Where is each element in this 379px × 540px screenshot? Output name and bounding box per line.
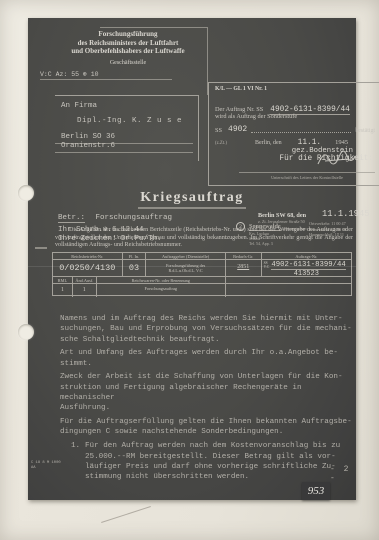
document-photo: Forschungsführung des Reichsministers de… [28,18,356,500]
td-bedarf: 2851 [226,260,262,276]
body-paragraph-1: Namens und im Auftrag des Reichs werden … [60,314,354,345]
caption-rule [239,172,375,173]
td-reichsbetrieb: 0/0250/4130 [53,260,123,276]
list-item-number: 1. [71,441,85,482]
body-paragraph-2: Art und Umfang des Auftrages werden durc… [60,348,354,369]
td-auftraggeber-line2: R.d.L.u.Ob.d.L. V:C [146,268,224,273]
approval-place-label: Berlin, den [255,140,282,146]
album-page: Forschungsführung des Reichsministers de… [0,0,379,540]
print-code: C 18 8 M 1000 AA [31,461,61,470]
th-auftrag-nr: Auftrags-Nr. [262,253,351,259]
table-value-row2: 1 1 Forschungsauftrag [53,284,351,297]
body-paragraph-3: Zweck der Arbeit ist die Schaffung von U… [60,372,354,413]
table-header-row2: RML Änd.Ausf. Reichswaren-Nr. oder Benen… [53,277,351,284]
document-title: Kriegsauftrag [28,190,356,206]
body-paragraph-4: Für die Auftragserfüllung gelten die Ihn… [60,417,354,438]
order-table: Reichsbetriebs-Nr. Fl. In. Auftraggeber … [52,252,352,296]
th-benennung: Reichswaren-Nr. oder Benennung [97,277,226,283]
address-line3: Berlin SO 36 [61,133,115,141]
betr-label: Betr.: [58,214,85,223]
td-auftraggeber: Forschungsführung des R.d.L.u.Ob.d.L. V:… [146,260,225,276]
th-aend: Änd.Ausf. [73,277,97,283]
approval-grade-value: 4902 [228,125,247,134]
fold-crease [28,266,356,267]
body-list-item-1: 1. Für den Auftrag werden nach dem Koste… [60,441,354,482]
dateline-place: Berlin SW 68, den [258,212,306,219]
punch-hole-bottom [18,324,34,340]
approval-line2: wird als Auftrag der Sonderstufe [215,113,297,120]
td-rml: 1 [53,284,73,297]
photo-number: 953 [308,485,325,497]
margin-dash [35,247,47,249]
td-auftrag-nr: SS V:C 4902-6131-8399/44 413523 [262,260,351,276]
th-rml: RML [53,277,73,283]
th-fl-in: Fl. In. [123,253,147,259]
table-header-row1: Reichsbetriebs-Nr. Fl. In. Auftraggeber … [53,253,351,260]
title-underline [138,207,246,209]
notice-paragraph: Die Angaben der nachstehenden Berichtsze… [55,227,353,250]
betr-line: Betr.: Forschungsauftrag [58,214,172,222]
approval-date-day: 11.1. [298,139,321,147]
th-auftraggeber: Auftraggeber (Dienststelle) [146,253,225,259]
approval-dotted-leader [251,127,351,133]
approval-box: K/L — GL 1 VI Nr. 1 Der Auftrag Nr. SS 4… [208,82,379,186]
td-auftrag-value2: 413523 [264,270,349,276]
table-value-row1: 0/0250/4130 03 Forschungsführung des R.d… [53,260,351,277]
form-rule-top [100,27,207,28]
address-underline2 [55,152,193,153]
td-fl-in: 03 [123,260,147,276]
dateline-date: 11.1.1945 [322,209,370,219]
approval-grade-suffix: bestätigt [355,128,375,134]
th-blank [226,277,351,283]
approval-caption: Unterschrift des Leiters der Kontrollste… [239,175,375,180]
letterhead-line2: des Reichsministers der Luftfahrt [62,39,194,48]
td-aend: 1 [73,284,97,297]
td-blank [226,284,351,297]
approval-zz: (z.Zt.) [215,141,227,146]
list-item-text: Für den Auftrag werden nach dem Kostenvo… [85,441,340,482]
betr-value: Forschungsauftrag [96,214,173,222]
td-benennung: Forschungsauftrag [97,284,226,297]
signature [315,149,357,169]
address-line4: Oranienstr.6 [61,142,115,150]
pencil-mark [101,506,151,523]
page-number: - 2 - [330,465,356,483]
letterhead-line1: Forschungsführung [62,30,194,39]
punch-hole-top [18,185,34,201]
address-box: An Firma Dipl.-Ing. K. Z u s e Berlin SO… [55,95,199,161]
address-line1: An Firma [61,102,97,110]
approval-ref: K/L — GL 1 VI Nr. 1 [215,86,267,92]
az-line: V:C Az: 55 ⊕ 10 [40,70,99,78]
address-line2: Dipl.-Ing. K. Z u s e [77,117,182,125]
photo-number-tag: 953 [302,482,330,500]
approval-grade-line: SS 4902 bestätigt [215,125,375,134]
letterhead: Forschungsführung des Reichsministers de… [62,30,194,67]
approval-grade-label: SS [215,127,222,134]
letterhead-line4: Geschäftsstelle [62,59,194,68]
approval-date-year: 1945 [335,139,348,146]
approval-date-line: (z.Zt.) Berlin, den 11.1. 1945 [215,139,377,147]
az-underline [40,79,172,80]
phone-line1: Ortsverkehr: 11 00 47 [309,221,346,227]
approval-order-label: Der Auftrag Nr. SS [215,106,263,113]
body-text: Namens und im Auftrag des Reichs werden … [60,314,354,482]
th-bedarf: Bedarfs-Gr. [226,253,262,259]
th-reichsbetrieb: Reichsbetriebs-Nr. [53,253,123,259]
letterhead-line3: und Oberbefehlshabers der Luftwaffe [62,47,194,56]
